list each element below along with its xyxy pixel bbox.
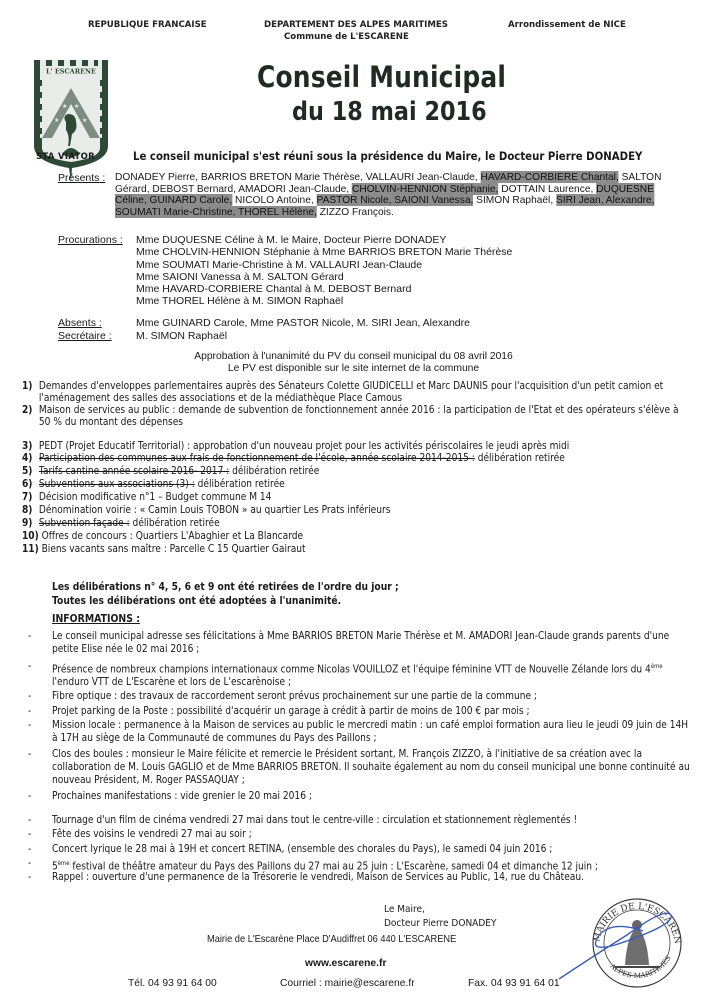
footer-address: Mairie de L'Escarène Place D'Audiffret 0… xyxy=(207,934,456,945)
present-member-highlighted: PASTOR Nicole, SAIONI Vanessa, xyxy=(317,194,474,206)
information-item: -Mission locale : permanence à la Maison… xyxy=(52,719,693,745)
agenda-item-number: 9) xyxy=(22,518,39,530)
agenda-item: 7)Décision modificative n°1 – Budget com… xyxy=(22,492,614,504)
present-member: DOTTAIN Laurence, xyxy=(498,183,596,195)
bullet-dash: - xyxy=(28,790,31,803)
procurations-list: Mme DUQUESNE Céline à M. le Maire, Docte… xyxy=(136,234,512,308)
agenda-item-number: 5) xyxy=(22,466,39,478)
svg-text:★: ★ xyxy=(62,103,67,110)
agenda-item-text: délibération retirée xyxy=(229,466,319,477)
svg-text:★: ★ xyxy=(74,103,79,110)
bullet-dash: - xyxy=(28,690,31,703)
information-item: -Clos des boules : monsieur le Maire fél… xyxy=(52,748,693,787)
present-member: NICOLO Antoine, xyxy=(232,194,316,206)
agenda-item: 3)PEDT (Projet Educatif Territorial) : a… xyxy=(22,441,614,453)
header-republique: REPUBLIQUE FRANCAISE xyxy=(88,20,207,30)
absents-value: Mme GUINARD Carole, Mme PASTOR Nicole, M… xyxy=(136,317,470,329)
secretaire-label: Secrétaire : xyxy=(58,330,112,342)
procuration-line: Mme HAVARD-CORBIERE Chantal à M. DEBOST … xyxy=(136,283,512,295)
withdrawn-note: Les délibérations n° 4, 5, 6 et 9 ont ét… xyxy=(52,580,399,594)
information-item: -Projet parking de la Poste : possibilit… xyxy=(52,705,693,718)
footer-phone: Tél. 04 93 91 64 00 xyxy=(128,978,217,989)
bullet-dash: - xyxy=(28,871,31,884)
agenda-item-number: 8) xyxy=(22,505,39,517)
agenda-item-text: délibération retirée xyxy=(475,453,565,464)
agenda-item-text: Dénomination voirie : « Camin Louis TOBO… xyxy=(39,505,391,516)
agenda-item-number: 2) xyxy=(22,405,39,417)
agenda-item: 6)Subventions aux associations (3) : dél… xyxy=(22,479,614,491)
agenda-item-number: 10) xyxy=(22,531,42,543)
agenda-item: 9)Subvention façade : délibération retir… xyxy=(22,518,614,530)
bullet-dash: - xyxy=(28,660,31,673)
bullet-dash: - xyxy=(28,843,31,856)
approbation-line-1: Approbation à l'unanimité du PV du conse… xyxy=(0,351,707,363)
motto: STA VIATOR xyxy=(36,152,95,162)
bullet-dash: - xyxy=(28,705,31,718)
agenda-item-text: délibération retirée xyxy=(130,518,220,529)
agenda-item-number: 3) xyxy=(22,441,39,453)
header-arrondissement: Arrondissement de NICE xyxy=(508,20,626,30)
present-member: DONADEY Pierre, BARRIOS BRETON Marie Thé… xyxy=(115,171,480,183)
bullet-dash: - xyxy=(28,828,31,841)
information-item: -Présence de nombreux champions internat… xyxy=(52,660,693,689)
presents-label: Présents : xyxy=(58,172,105,184)
svg-text:★: ★ xyxy=(54,117,59,124)
agenda-item: 8)Dénomination voirie : « Camin Louis TO… xyxy=(22,505,614,517)
footer-email[interactable]: Courriel : mairie@escarene.fr xyxy=(280,978,415,989)
presidence-statement: Le conseil municipal s'est réuni sous la… xyxy=(133,150,642,163)
agenda-item: 2)Maison de services au public : demande… xyxy=(22,405,614,429)
bullet-dash: - xyxy=(28,630,31,643)
bullet-dash: - xyxy=(28,719,31,732)
procuration-line: Mme THOREL Hélène à M. SIMON Raphaël xyxy=(136,295,512,307)
information-item: -Rappel : ouverture d'une permanence de … xyxy=(52,871,693,884)
presents-list: DONADEY Pierre, BARRIOS BRETON Marie Thé… xyxy=(115,172,668,218)
withdrawn-text: Participation des communes aux frais de … xyxy=(39,453,475,464)
approbation-line-2: Le PV est disponible sur le site interne… xyxy=(0,363,707,375)
bullet-dash: - xyxy=(28,748,31,761)
agenda-item: 10)Offres de concours : Quartiers L'Abag… xyxy=(22,531,614,543)
information-item: -Fête des voisins le vendredi 27 mai au … xyxy=(52,828,693,841)
informations-title: INFORMATIONS : xyxy=(52,613,140,625)
procuration-line: Mme CHOLVIN-HENNION Stéphanie à Mme BARR… xyxy=(136,246,512,258)
present-member: ZIZZO François. xyxy=(317,206,394,218)
adopted-note: Toutes les délibérations ont été adoptée… xyxy=(52,594,341,608)
official-seal-icon: MAIRIE DE L'ESCARENE ALPES-MARITIMES xyxy=(555,895,695,995)
present-member-highlighted: CHOLVIN-HENNION Stéphanie, xyxy=(352,183,498,195)
footer-fax: Fax. 04 93 91 64 01 xyxy=(468,978,560,989)
agenda-item-number: 1) xyxy=(22,381,39,393)
procuration-line: Mme DUQUESNE Céline à M. le Maire, Docte… xyxy=(136,234,512,246)
agenda-item-text: Demandes d'enveloppes parlementaires aup… xyxy=(39,381,663,404)
agenda-item-number: 6) xyxy=(22,479,39,491)
agenda-item-text: délibération retirée xyxy=(195,479,285,490)
absents-label: Absents : xyxy=(58,317,102,329)
agenda-item-text: Biens vacants sans maître : Parcelle C 1… xyxy=(42,544,306,555)
secretaire-value: M. SIMON Raphaël xyxy=(136,330,227,342)
present-member: SIMON Raphaël, xyxy=(473,194,556,206)
withdrawn-text: Subventions aux associations (3) : xyxy=(39,479,195,490)
agenda-item: 1)Demandes d'enveloppes parlementaires a… xyxy=(22,381,614,405)
procuration-line: Mme SOUMATI Marie-Christine à M. VALLAUR… xyxy=(136,259,512,271)
agenda-item: 11)Biens vacants sans maître : Parcelle … xyxy=(22,544,614,556)
agenda-item-number: 11) xyxy=(22,544,42,556)
information-item: -Tournage d'un film de cinéma vendredi 2… xyxy=(52,814,693,827)
agenda-item-text: Offres de concours : Quartiers L'Abaghie… xyxy=(42,531,304,542)
withdrawn-text: Tarifs cantine année scolaire 2016- 2017… xyxy=(39,466,229,477)
present-member-highlighted: HAVARD-CORBIERE Chantal, xyxy=(480,171,618,183)
information-item: -Fibre optique : des travaux de raccorde… xyxy=(52,690,693,703)
agenda-item-text: Maison de services au public : demande d… xyxy=(39,405,679,428)
footer-website[interactable]: www.escarene.fr xyxy=(305,958,386,969)
procurations-label: Procurations : xyxy=(58,234,123,246)
withdrawn-text: Subvention façade : xyxy=(39,518,130,529)
agenda-item-text: Décision modificative n°1 – Budget commu… xyxy=(39,492,272,503)
header-commune: Commune de L'ESCARENE xyxy=(284,32,409,42)
agenda-item: 4)Participation des communes aux frais d… xyxy=(22,453,614,465)
agenda-item-text: PEDT (Projet Educatif Territorial) : app… xyxy=(39,441,569,452)
agenda-item-number: 4) xyxy=(22,453,39,465)
information-item: -Concert lyrique le 28 mai à 19H et conc… xyxy=(52,843,693,856)
information-item: -Prochaines manifestations : vide grenie… xyxy=(52,790,693,803)
signature-title: Le Maire, xyxy=(384,903,425,917)
page-title: Conseil Municipal xyxy=(257,60,506,94)
procuration-line: Mme SAIONI Vanessa à M. SALTON Gérard xyxy=(136,271,512,283)
svg-text:★: ★ xyxy=(82,117,87,124)
signature-name: Docteur Pierre DONADEY xyxy=(384,917,496,931)
meeting-date: du 18 mai 2016 xyxy=(292,97,487,127)
coat-of-arms-icon: ★★★★ L' ESCARENE xyxy=(32,58,110,182)
header-departement: DEPARTEMENT DES ALPES MARITIMES xyxy=(264,20,448,30)
bullet-dash: - xyxy=(28,857,31,870)
agenda-item-number: 7) xyxy=(22,492,39,504)
crest-banner: L' ESCARENE xyxy=(46,68,96,76)
bullet-dash: - xyxy=(28,814,31,827)
agenda-item: 5)Tarifs cantine année scolaire 2016- 20… xyxy=(22,466,614,478)
information-item: -Le conseil municipal adresse ses félici… xyxy=(52,630,693,656)
